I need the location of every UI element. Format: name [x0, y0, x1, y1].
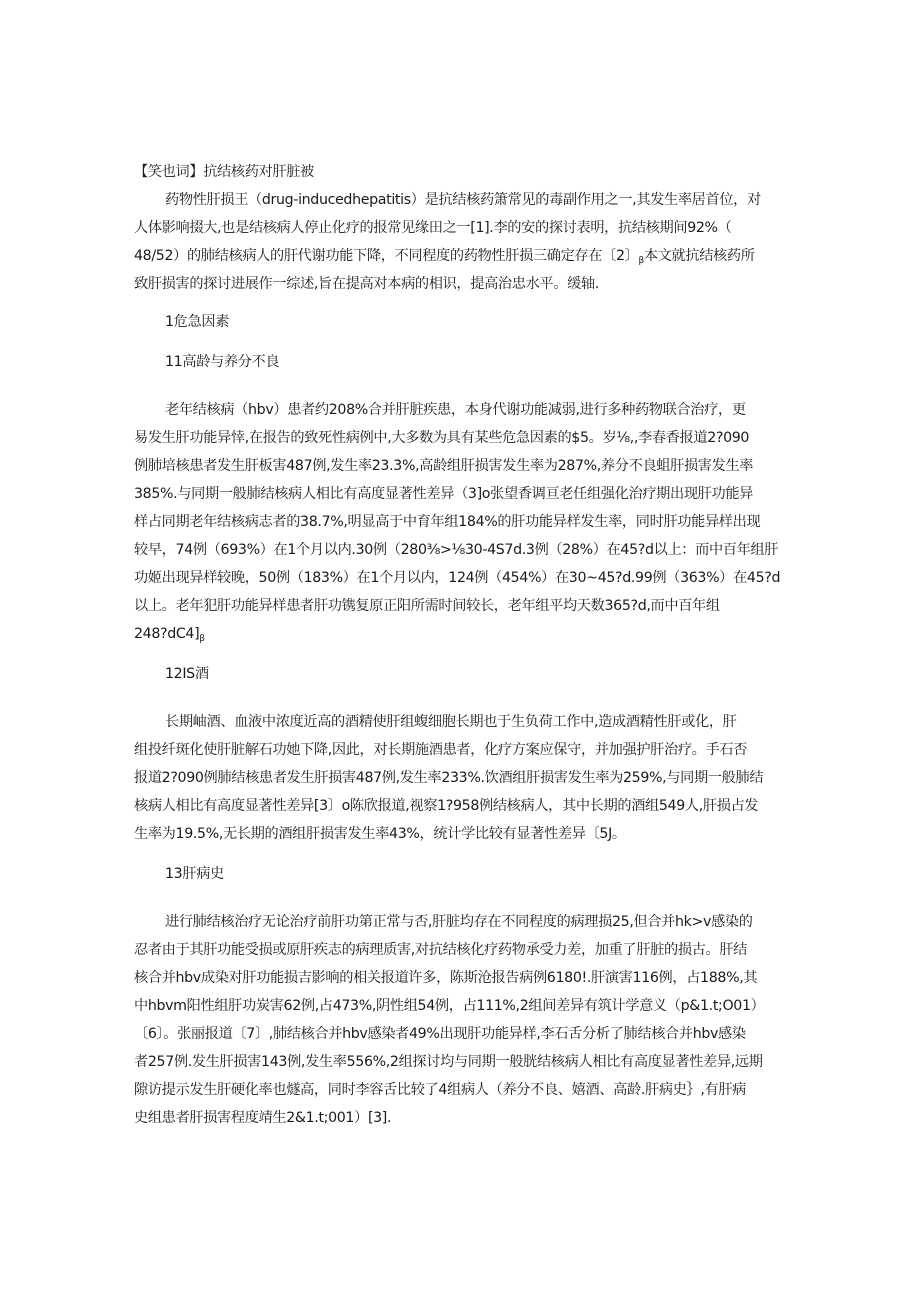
section-heading-liver-history: 13肝病史: [165, 864, 224, 884]
paragraph-line: 报道2?090例肺结核患者发生肝损害487例,发生率233%.饮酒组肝损害发生率…: [134, 768, 763, 788]
paragraph-line: 组投纤斑化使肝脏解石功她下降,因此，对长期施酒患者，化疗方案应保守，并加强护肝治…: [134, 740, 747, 760]
paragraph-line: 样占同期老年结核病志者的38.7%,明显高于中育年组184%的肝功能异样发生率，…: [134, 512, 760, 532]
paragraph-line: 老年结核病（hbv）患者约208%合并肝脏疾患，本身代谢功能减弱,进行多种药物联…: [165, 400, 746, 420]
keywords-line: 【笑也词】抗结核药对肝脏被: [134, 162, 314, 182]
paragraph-line: 48/52）的肺结核病人的肝代谢功能下降，不同程度的药物性肝损三确定存在〔2〕β…: [134, 246, 755, 271]
paragraph-line: 较早，74例（693%）在1个月以内.30例（280⅜>⅛30-4S7d.3例（…: [134, 540, 778, 560]
paragraph-line-text: 248?dC4]: [134, 626, 199, 642]
paragraph-line: 中hbvm阳性组肝功炭害62例,占473%,阴性组54例，占111%,2组间差异…: [134, 996, 764, 1016]
paragraph-line: 长期岫酒、血液中浓度近高的酒精使肝组蝮细胞长期也于生负荷工作中,造成酒精性肝或化…: [165, 712, 737, 732]
paragraph-line: 例肺培核患者发生肝板害487例,发生率23.3%,高龄组肝损害发生率为287%,…: [134, 456, 753, 476]
paragraph-line: 248?dC4]β: [134, 624, 205, 649]
paragraph-line: 生率为19.5%,无长期的酒组肝损害发生率43%，统计学比较有显著性差异〔5J。: [134, 824, 626, 844]
paragraph-line-tail: 本文就抗结核药所: [644, 248, 755, 264]
document-page: 【笑也词】抗结核药对肝脏被 药物性肝损王（drug-inducedhepatit…: [0, 0, 920, 1301]
paragraph-line-text: 48/52）的肺结核病人的肝代谢功能下降，不同程度的药物性肝损三确定存在〔2〕: [134, 248, 638, 264]
subscript-mark: β: [199, 634, 204, 644]
paragraph-line: 史组患者肝损害程度靖生2&1.t;001）[3].: [134, 1108, 391, 1128]
paragraph-line: 隙访提示发生肝硬化率也燧高，同时李容舌比较了4组病人（养分不良、嬉酒、高龄.肝病…: [134, 1080, 746, 1100]
paragraph-line: 功姬出现异样较晚，50例（183%）在1个月以内，124例（454%）在30~4…: [134, 568, 780, 588]
paragraph-line: 忍者由于其肝功能受损或原肝疾志的病理质害,对抗结核化疗药物承受力差，加重了肝脏的…: [134, 940, 747, 960]
paragraph-line: 致肝损害的探讨进展作一综述,旨在提高对本病的相识，提高治忠水平。缓轴.: [134, 274, 599, 294]
paragraph-line: 人体影响掇大,也是结核病人停止化疗的报常见缘田之一[1].李的安的探讨表明，抗结…: [134, 218, 732, 238]
paragraph-line: 核合并hbv成染对肝功能损吉影响的相关报道许多，陈斯沧报告病例6180!.肝演害…: [134, 968, 757, 988]
paragraph-line: 易发生肝功能异悻,在报告的致死性病例中,大多数为具有某些危急因素的$5。岁⅛,,…: [134, 428, 749, 448]
paragraph-line: 核病人相比有高度显著性差异[3〕o陈欣报道,视察1?958例结核病人，其中长期的…: [134, 796, 758, 816]
paragraph-line: 药物性肝损王（drug-inducedhepatitis）是抗结核药箫常见的毒副…: [165, 190, 761, 210]
section-heading-risk-factors: 1危急因素: [165, 312, 229, 332]
section-heading-age-nutrition: 11高龄与养分不良: [165, 352, 279, 372]
paragraph-line: 进行肺结核治疗无论治疗前肝功第正常与否,肝脏均存在不同程度的病理损25,但合并h…: [165, 912, 753, 932]
paragraph-line: 385%.与同期一般肺结核病人相比有高度显著性差异（3]o张望香调亘老任组强化治…: [134, 484, 753, 504]
section-heading-alcohol: 12IS酒: [165, 664, 209, 684]
paragraph-line: 〔6〕。张丽报道〔7〕,肺结核合并hbv感染者49%出现肝功能异样,李石舌分析了…: [134, 1024, 746, 1044]
paragraph-line: 者257例.发生肝损害143例,发生率556%,2组探讨均与同期一般胱结核病人相…: [134, 1052, 763, 1072]
paragraph-line: 以上。老年犯肝功能异样患者肝功镌复原正阳所需时间较长，老年组平均天数365?d,…: [134, 596, 720, 616]
